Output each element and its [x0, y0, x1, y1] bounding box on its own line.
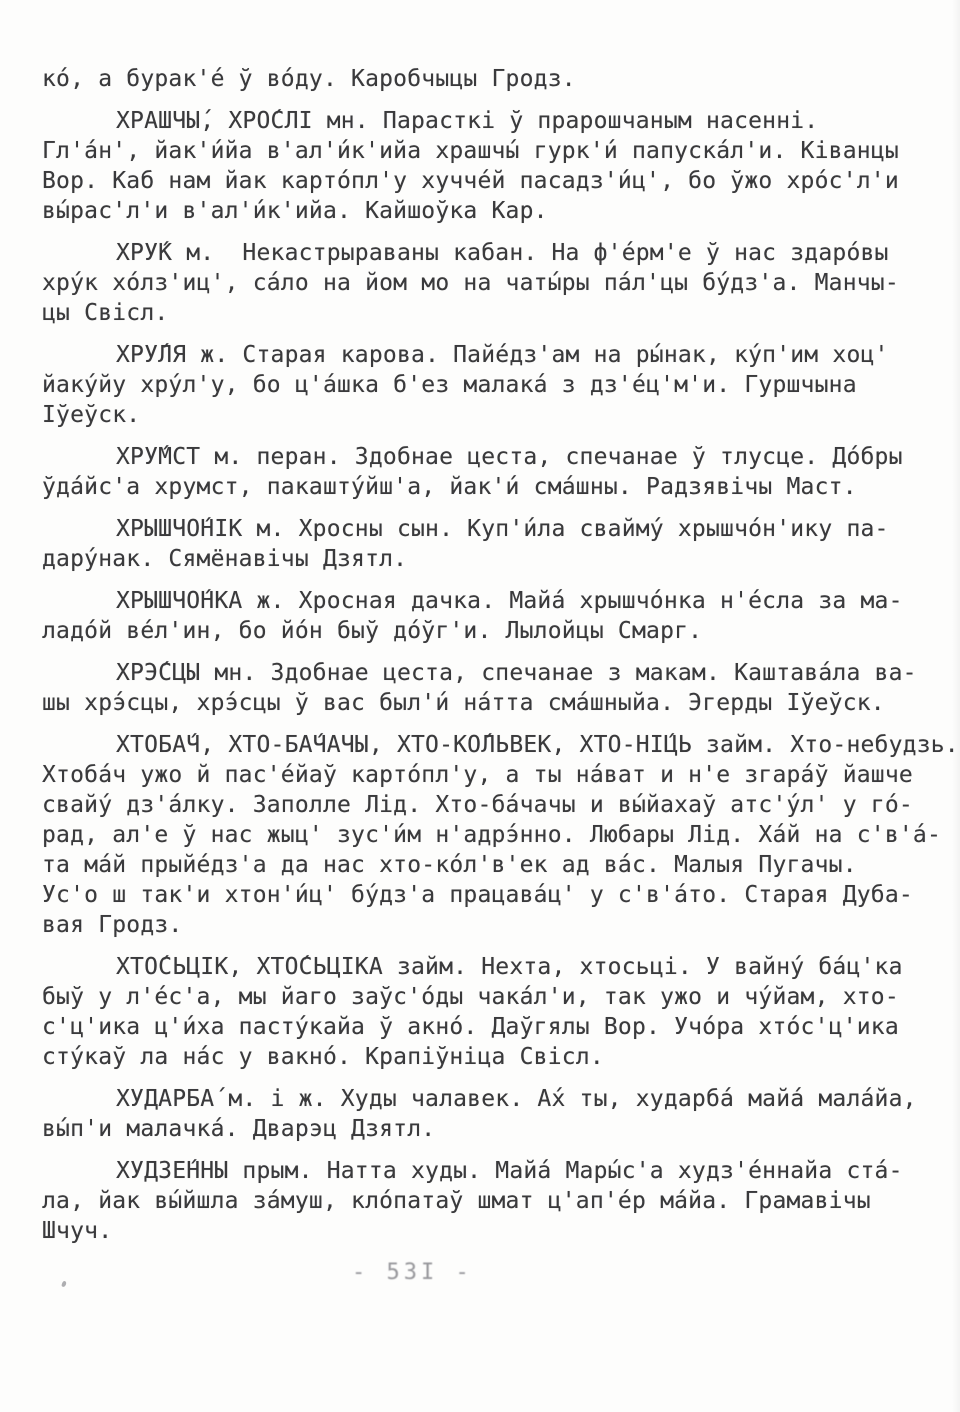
- text-line: йаку́йу хру́л'у, бо ц'а́шка б'ез малака́…: [42, 370, 926, 400]
- text-line: ХУДЗЕ́ННЫ прым. Натта худы. Майа́ Мары́с…: [42, 1156, 926, 1186]
- dictionary-entry: ко́, а бурак'е́ ў во́ду. Каробчыцы Гродз…: [42, 64, 926, 94]
- text-line: Іўеўск.: [42, 400, 926, 430]
- text-line: ХРЫШЧО́НІК м. Хросны сын. Куп'и́ла свайм…: [42, 514, 926, 544]
- text-block: ко́, а бурак'е́ ў во́ду. Каробчыцы Гродз…: [42, 64, 926, 1258]
- text-line: ХРУ́ЛЯ ж. Старая карова. Пайе́дз'ам на р…: [42, 340, 926, 370]
- dictionary-entry: ХУДАРБА́ м. і ж. Худы чалавек. А́х ты, х…: [42, 1084, 926, 1144]
- text-line: цы Свісл.: [42, 298, 926, 328]
- page-number: - 5ЗІ -: [352, 1260, 473, 1285]
- text-line: шы хрэ́сцы, хрэ́сцы ў вас был'и́ на́тта …: [42, 688, 926, 718]
- dictionary-entry: ХРАШЧЫ́, ХРО́СЛІ мн. Парасткі ў прарошча…: [42, 106, 926, 226]
- text-line: Шчуч.: [42, 1216, 926, 1246]
- text-line: та ма́й прыйе́дз'а да нас хто-ко́л'в'ек …: [42, 850, 926, 880]
- text-line: ко́, а бурак'е́ ў во́ду. Каробчыцы Гродз…: [42, 64, 926, 94]
- dictionary-entry: ХТОБА́Ч, ХТО-БА́ЧАЧЫ, ХТО-КО́ЛЬВЕК, ХТО-…: [42, 730, 926, 940]
- dictionary-entry: ХРУ́К м. Некастрыраваны кабан. На ф'е́рм…: [42, 238, 926, 328]
- text-line: хру́к хо́лз'иц', са́ло на йом мо на чаты…: [42, 268, 926, 298]
- text-line: ХРЫШЧО́НКА ж. Хросная дачка. Майа́ хрышч…: [42, 586, 926, 616]
- text-line: дару́нак. Сямёнавічы Дзятл.: [42, 544, 926, 574]
- text-line: ХРУ́МСТ м. перан. Здобнае цеста, спечана…: [42, 442, 926, 472]
- text-line: ХРУ́К м. Некастрыраваны кабан. На ф'е́рм…: [42, 238, 926, 268]
- text-line: ўда́йс'а хрумст, пакашту́йш'а, йак'и́ см…: [42, 472, 926, 502]
- scanned-dictionary-page: ко́, а бурак'е́ ў во́ду. Каробчыцы Гродз…: [0, 0, 960, 1412]
- text-line: рад, ал'е ў нас жыц' зус'и́м н'адрэ́нно.…: [42, 820, 926, 850]
- text-line: ХТОБА́Ч, ХТО-БА́ЧАЧЫ, ХТО-КО́ЛЬВЕК, ХТО-…: [42, 730, 926, 760]
- dictionary-entry: ХРЫШЧО́НКА ж. Хросная дачка. Майа́ хрышч…: [42, 586, 926, 646]
- scan-edge-shadow: [952, 0, 960, 1412]
- text-line: сту́каў ла на́с у вакно́. Крапіўніца Сві…: [42, 1042, 926, 1072]
- dictionary-entry: ХРЫШЧО́НІК м. Хросны сын. Куп'и́ла свайм…: [42, 514, 926, 574]
- ink-speck: [61, 1281, 67, 1288]
- text-line: Вор. Каб нам йак карто́пл'у хучче́й паса…: [42, 166, 926, 196]
- text-line: Хтоба́ч ужо й пас'е́йаў карто́пл'у, а ты…: [42, 760, 926, 790]
- text-line: ХРАШЧЫ́, ХРО́СЛІ мн. Парасткі ў прарошча…: [42, 106, 926, 136]
- text-line: ладо́й ве́л'ин, бо йо́н быў до́ўг'и. Лыл…: [42, 616, 926, 646]
- text-line: Гл'а́н', йак'и́йа в'ал'и́к'ийа храшчы́ г…: [42, 136, 926, 166]
- dictionary-entry: ХТО́СЬЦІК, ХТО́СЬЦІКА займ. Нехта, хтось…: [42, 952, 926, 1072]
- text-line: вы́рас'л'и в'ал'и́к'ийа. Кайшоўка Кар.: [42, 196, 926, 226]
- dictionary-entry: ХРУ́МСТ м. перан. Здобнае цеста, спечана…: [42, 442, 926, 502]
- text-line: ХТО́СЬЦІК, ХТО́СЬЦІКА займ. Нехта, хтось…: [42, 952, 926, 982]
- text-line: ХРЭ́СЦЫ мн. Здобнае цеста, спечанае з ма…: [42, 658, 926, 688]
- text-line: ХУДАРБА́ м. і ж. Худы чалавек. А́х ты, х…: [42, 1084, 926, 1114]
- text-line: вы́п'и малачка́. Дварэц Дзятл.: [42, 1114, 926, 1144]
- dictionary-entry: ХРУ́ЛЯ ж. Старая карова. Пайе́дз'ам на р…: [42, 340, 926, 430]
- dictionary-entry: ХУДЗЕ́ННЫ прым. Натта худы. Майа́ Мары́с…: [42, 1156, 926, 1246]
- text-line: свайу́ дз'а́лку. Заполле Лід. Хто-ба́чач…: [42, 790, 926, 820]
- text-line: вая Гродз.: [42, 910, 926, 940]
- text-line: ла, йак вы́йшла за́муш, кло́патаў шмат ц…: [42, 1186, 926, 1216]
- text-line: Ус'о ш так'и хтон'и́ц' бу́дз'а працава́ц…: [42, 880, 926, 910]
- text-line: быў у л'е́с'а, мы йаго заўс'о́ды чака́л'…: [42, 982, 926, 1012]
- text-line: с'ц'ика ц'и́ха пасту́кайа ў акно́. Даўгя…: [42, 1012, 926, 1042]
- dictionary-entry: ХРЭ́СЦЫ мн. Здобнае цеста, спечанае з ма…: [42, 658, 926, 718]
